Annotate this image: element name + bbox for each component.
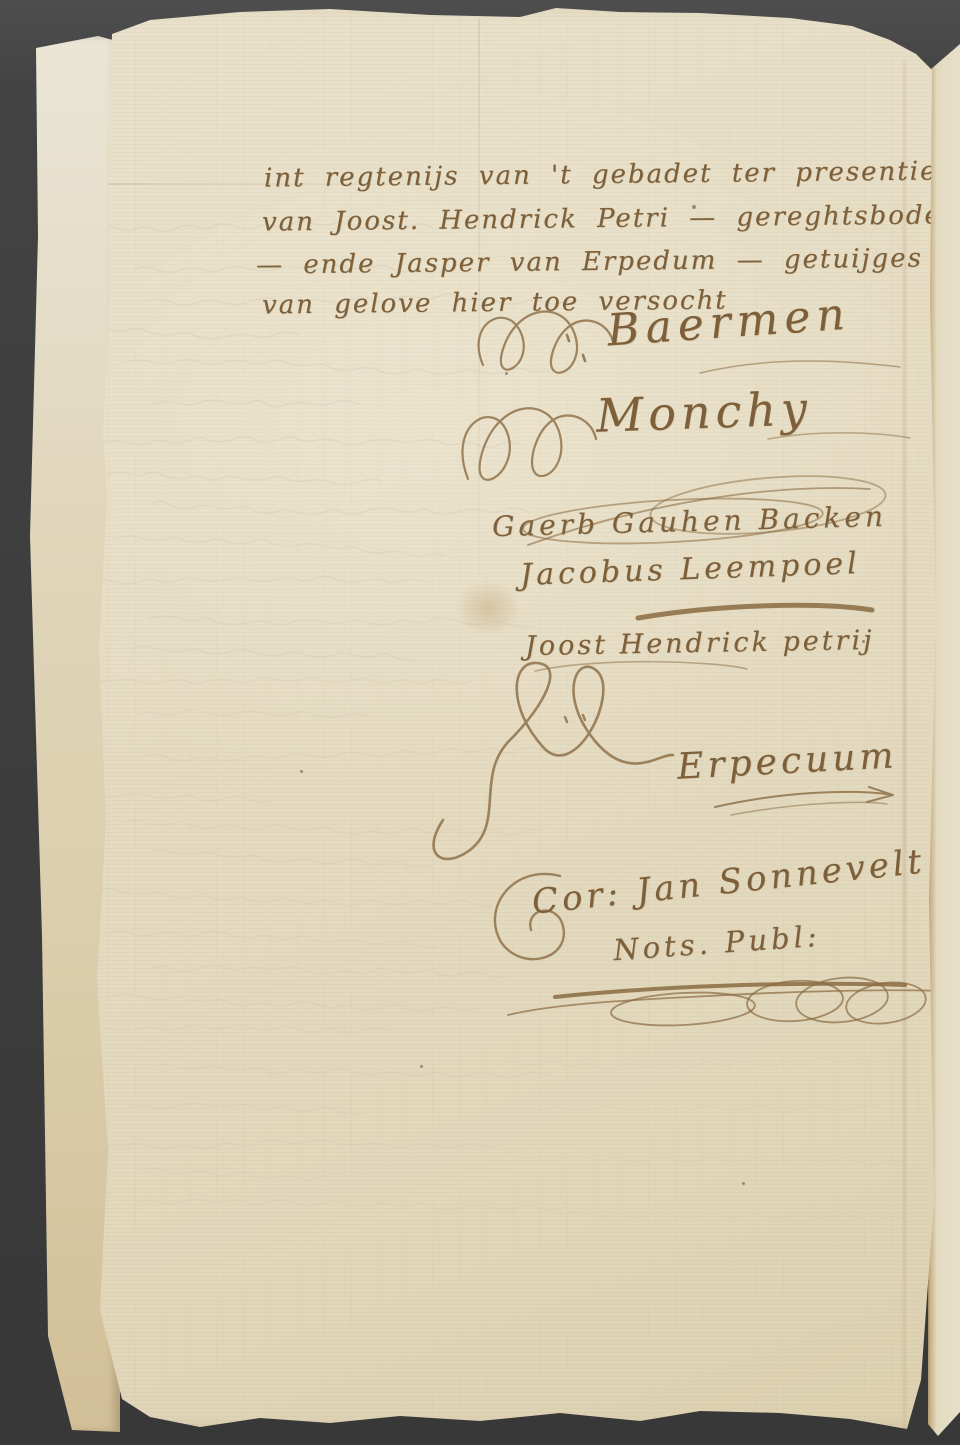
closing-flourish bbox=[490, 965, 950, 1045]
ink-speck bbox=[420, 1065, 423, 1068]
signature-name: Monchy bbox=[595, 381, 813, 442]
signature-sonnevelt: Cor: Jan Sonnevelt Nots. Publ: bbox=[475, 850, 925, 980]
signature-leempoel: Jacobus Leempoel bbox=[520, 552, 880, 632]
manuscript-line-3: — ende Jasper van Erpedum — getuijges bbox=[256, 244, 923, 281]
signature-erpecum: Erpecuum bbox=[415, 655, 920, 870]
ink-speck bbox=[300, 770, 303, 773]
ink-speck bbox=[742, 1182, 745, 1185]
manuscript-page: int regtenijs van 't gebadet ter present… bbox=[0, 0, 960, 1445]
scan-background: int regtenijs van 't gebadet ter present… bbox=[0, 0, 960, 1445]
signature-paraph bbox=[490, 965, 950, 1045]
signature-name: Gaerb Gauhen Backen bbox=[492, 500, 888, 543]
manuscript-line-1: int regtenijs van 't gebadet ter present… bbox=[264, 156, 938, 193]
manuscript-line-2: van Joost. Hendrick Petri — gereghtsbode bbox=[262, 200, 942, 237]
